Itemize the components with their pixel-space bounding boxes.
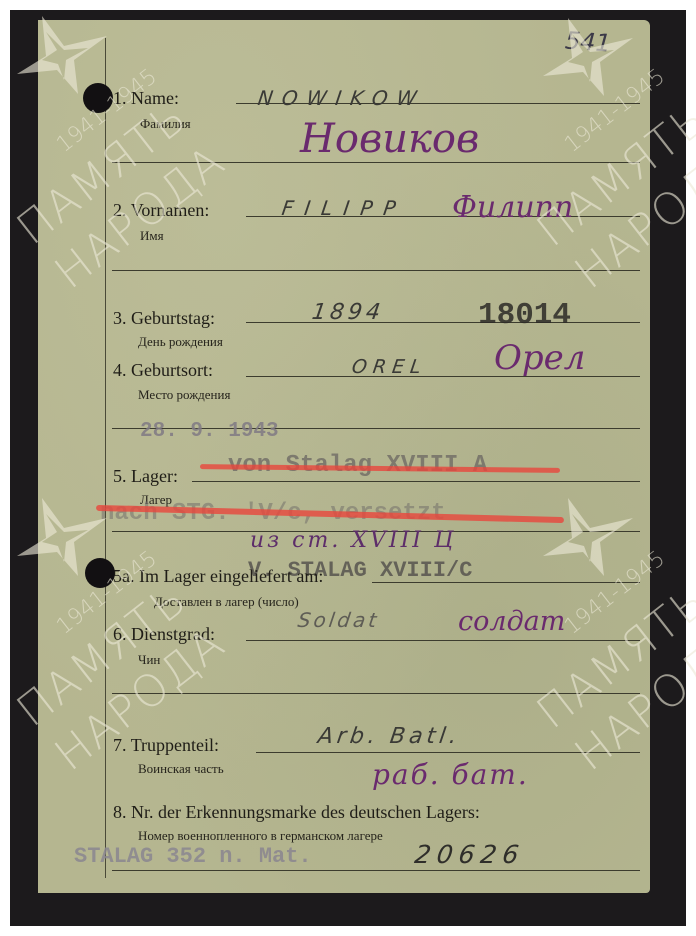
stamp-18014: 18014 [478, 298, 571, 333]
rule-marke [112, 870, 640, 871]
rule-vornamen-2 [112, 270, 640, 271]
label-familiya: Фамилия [140, 116, 191, 132]
label-geburtsort: 4. Geburtsort: [113, 360, 213, 381]
label-nomer-voennoplennogo: Номер военнопленного в германском лагере [138, 828, 383, 844]
value-name-latin: NOWIKOW [256, 86, 427, 110]
value-dienstgrad-latin: Soldat [296, 608, 381, 632]
punch-hole-top [83, 83, 113, 113]
label-voinskaya-chast: Воинская часть [138, 761, 224, 777]
label-erkennungsmarke: 8. Nr. der Erkennungsmarke des deutschen… [113, 802, 480, 823]
rule-dienstgrad [246, 640, 640, 641]
rule-lager [192, 481, 640, 482]
value-lager-cyrillic: из ст. XVIII Ц [250, 528, 456, 553]
label-eingeliefert: 5a. Im Lager eingeliefert am: [113, 566, 323, 587]
perforated-edge [34, 22, 42, 892]
value-vornamen-latin: FILIPP [280, 196, 408, 220]
label-den-rozhdeniya: День рождения [138, 334, 223, 350]
rule-geburtstag [246, 322, 640, 323]
label-truppenteil: 7. Truppenteil: [113, 735, 219, 756]
rule-truppenteil [256, 752, 640, 753]
label-dienstgrad: 6. Dienstgrad: [113, 624, 215, 645]
label-vornamen: 2. Vornamen: [113, 200, 209, 221]
label-chin: Чин [138, 652, 160, 668]
value-vornamen-cyrillic: Филипп [452, 190, 573, 225]
value-geburtstag: 1894 [310, 300, 386, 325]
label-lager: 5. Lager: [113, 466, 178, 487]
label-geburtstag: 3. Geburtstag: [113, 308, 215, 329]
stamp-stalag-352: STALAG 352 n. Mat. [74, 844, 312, 869]
rule-dienstgrad-2 [112, 693, 640, 694]
value-truppenteil-cyrillic: раб. бат. [372, 758, 529, 791]
value-geburtsort-latin: OREL [350, 356, 428, 378]
margin-line [105, 38, 106, 878]
label-dostavlen: Доставлен в лагер (число) [154, 594, 299, 610]
label-name: 1. Name: [113, 88, 179, 109]
rule-name-2 [112, 162, 640, 163]
value-truppenteil-latin: Arb. Batl. [316, 724, 462, 749]
value-erkennungsmarke: 20626 [413, 840, 527, 869]
value-name-cyrillic: Новиков [300, 116, 479, 162]
value-dienstgrad-cyrillic: солдат [458, 606, 565, 637]
date-stamp: 28. 9. 1943 [140, 420, 279, 443]
punch-hole-middle [85, 558, 115, 588]
label-imya: Имя [140, 228, 164, 244]
card-number: 541 [564, 26, 612, 57]
value-geburtsort-cyrillic: Орел [494, 338, 585, 378]
label-mesto-rozhdeniya: Место рождения [138, 387, 230, 403]
